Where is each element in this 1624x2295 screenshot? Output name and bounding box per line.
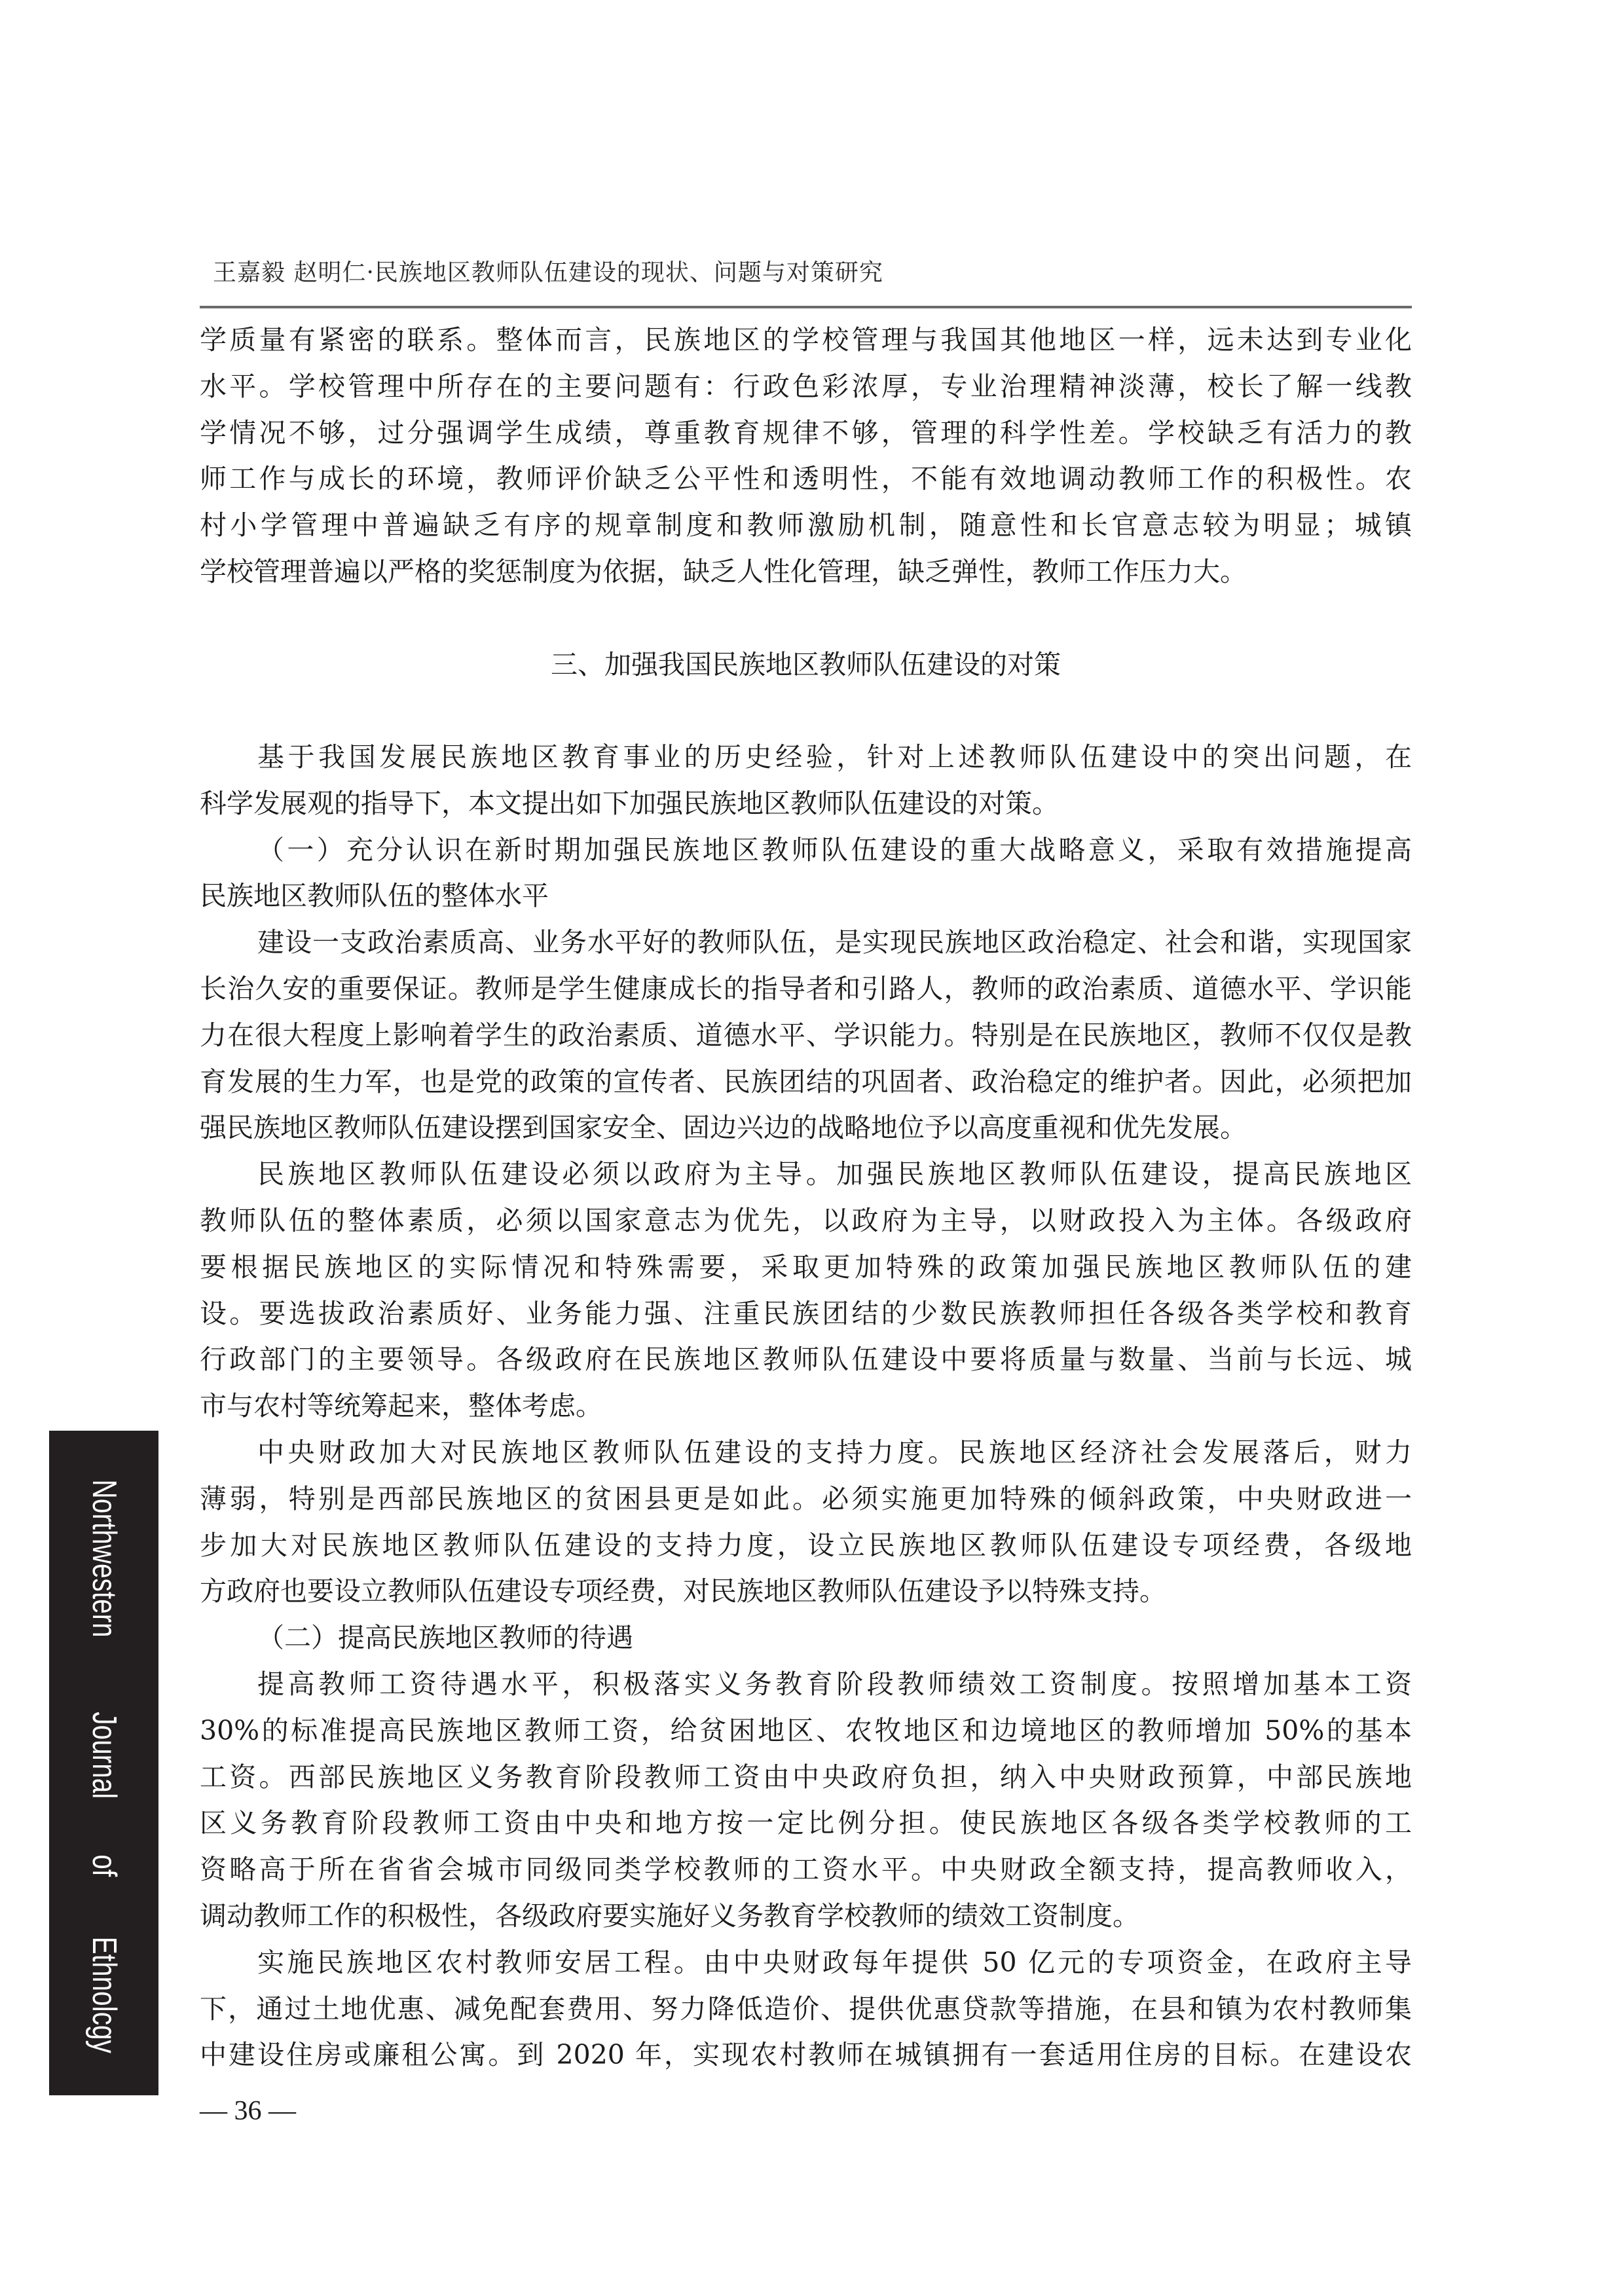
text-line: 薄弱，特别是西部民族地区的贫困县更是如此。必须实施更加特殊的倾斜政策，中央财政进… [200, 1476, 1412, 1522]
text-line: 步加大对民族地区教师队伍建设的支持力度，设立民族地区教师队伍建设专项经费，各级地 [200, 1522, 1412, 1569]
text-line: 学校管理普遍以严格的奖惩制度为依据，缺乏人性化管理，缺乏弹性，教师工作压力大。 [200, 549, 1412, 595]
text-line: 调动教师工作的积极性，各级政府要实施好义务教育学校教师的绩效工资制度。 [200, 1893, 1412, 1939]
text-line: 方政府也要设立教师队伍建设专项经费，对民族地区教师队伍建设予以特殊支持。 [200, 1568, 1412, 1615]
text-line: 育发展的生力军，也是党的政策的宣传者、民族团结的巩固者、政治稳定的维护者。因此，… [200, 1059, 1412, 1105]
text-line: 行政部门的主要领导。各级政府在民族地区教师队伍建设中要将质量与数量、当前与长远、… [200, 1336, 1412, 1383]
text-line: 教师队伍的整体素质，必须以国家意志为优先，以政府为主导，以财政投入为主体。各级政… [200, 1198, 1412, 1244]
text-line: 力在很大程度上影响着学生的政治素质、道德水平、学识能力。特别是在民族地区，教师不… [200, 1012, 1412, 1059]
journal-name: Northwestern Journal of Ethnolcgy [78, 1431, 130, 2095]
text-line: 工资。西部民族地区义务教育阶段教师工资由中央政府负担，纳入中央财政预算，中部民族… [200, 1754, 1412, 1801]
journal-sidebar: Northwestern Journal of Ethnolcgy [49, 1431, 158, 2095]
body-text-block-2: 基于我国发展民族地区教育事业的历史经验，针对上述教师队伍建设中的突出问题，在 科… [200, 734, 1412, 2078]
page-number: — 36 — [200, 2095, 296, 2127]
subheading-line: 民族地区教师队伍的整体水平 [200, 873, 1412, 919]
text-line: 学质量有紧密的联系。整体而言，民族地区的学校管理与我国其他地区一样，远未达到专业… [200, 317, 1412, 363]
text-line: 下，通过土地优惠、减免配套费用、努力降低造价、提供优惠贷款等措施，在县和镇为农村… [200, 1986, 1412, 2032]
text-line: 设。要选拔政治素质好、业务能力强、注重民族团结的少数民族教师担任各级各类学校和教… [200, 1291, 1412, 1337]
header-rule [200, 306, 1412, 308]
journal-name-word: Ethnolcgy [84, 1936, 124, 2053]
subheading-line: （一）充分认识在新时期加强民族地区教师队伍建设的重大战略意义，采取有效措施提高 [200, 827, 1412, 873]
paragraph-first-line: 提高教师工资待遇水平，积极落实义务教育阶段教师绩效工资制度。按照增加基本工资 [200, 1661, 1412, 1708]
subheading-line: （二）提高民族地区教师的待遇 [200, 1615, 1412, 1661]
text-line: 村小学管理中普遍缺乏有序的规章制度和教师激励机制，随意性和长官意志较为明显；城镇 [200, 502, 1412, 549]
text-line: 区义务教育阶段教师工资由中央和地方按一定比例分担。使民族地区各级各类学校教师的工 [200, 1800, 1412, 1846]
paragraph-first-line: 基于我国发展民族地区教育事业的历史经验，针对上述教师队伍建设中的突出问题，在 [200, 734, 1412, 780]
text-line: 资略高于所在省省会城市同级同类学校教师的工资水平。中央财政全额支持，提高教师收入… [200, 1846, 1412, 1893]
journal-name-word: Journal [84, 1712, 124, 1799]
paragraph-first-line: 中央财政加大对民族地区教师队伍建设的支持力度。民族地区经济社会发展落后，财力 [200, 1429, 1412, 1476]
paragraph-first-line: 实施民族地区农村教师安居工程。由中央财政每年提供 50 亿元的专项资金，在政府主… [200, 1939, 1412, 1986]
text-line: 中建设住房或廉租公寓。到 2020 年，实现农村教师在城镇拥有一套适用住房的目标… [200, 2032, 1412, 2078]
text-line: 30%的标准提高民族地区教师工资，给贫困地区、农牧地区和边境地区的教师增加 50… [200, 1708, 1412, 1754]
text-line: 市与农村等统筹起来，整体考虑。 [200, 1383, 1412, 1429]
text-line: 科学发展观的指导下，本文提出如下加强民族地区教师队伍建设的对策。 [200, 780, 1412, 827]
text-line: 师工作与成长的环境，教师评价缺乏公平性和透明性，不能有效地调动教师工作的积极性。… [200, 456, 1412, 502]
text-line: 学情况不够，过分强调学生成绩，尊重教育规律不够，管理的科学性差。学校缺乏有活力的… [200, 410, 1412, 456]
text-line: 长治久安的重要保证。教师是学生健康成长的指导者和引路人，教师的政治素质、道德水平… [200, 966, 1412, 1012]
body-text-block-1: 学质量有紧密的联系。整体而言，民族地区的学校管理与我国其他地区一样，远未达到专业… [200, 317, 1412, 595]
text-line: 强民族地区教师队伍建设摆到国家安全、固边兴边的战略地位予以高度重视和优先发展。 [200, 1105, 1412, 1151]
paragraph-first-line: 建设一支政治素质高、业务水平好的教师队伍，是实现民族地区政治稳定、社会和谐，实现… [200, 919, 1412, 966]
journal-name-word: Northwestern [84, 1479, 124, 1637]
journal-name-word: of [84, 1854, 124, 1877]
text-line: 要根据民族地区的实际情况和特殊需要，采取更加特殊的政策加强民族地区教师队伍的建 [200, 1244, 1412, 1291]
paragraph-first-line: 民族地区教师队伍建设必须以政府为主导。加强民族地区教师队伍建设，提高民族地区 [200, 1151, 1412, 1198]
section-heading: 三、加强我国民族地区教师队伍建设的对策 [200, 645, 1412, 684]
running-header: 王嘉毅 赵明仁·民族地区教师队伍建设的现状、问题与对策研究 [213, 259, 883, 287]
text-line: 水平。学校管理中所存在的主要问题有：行政色彩浓厚，专业治理精神淡薄，校长了解一线… [200, 363, 1412, 410]
